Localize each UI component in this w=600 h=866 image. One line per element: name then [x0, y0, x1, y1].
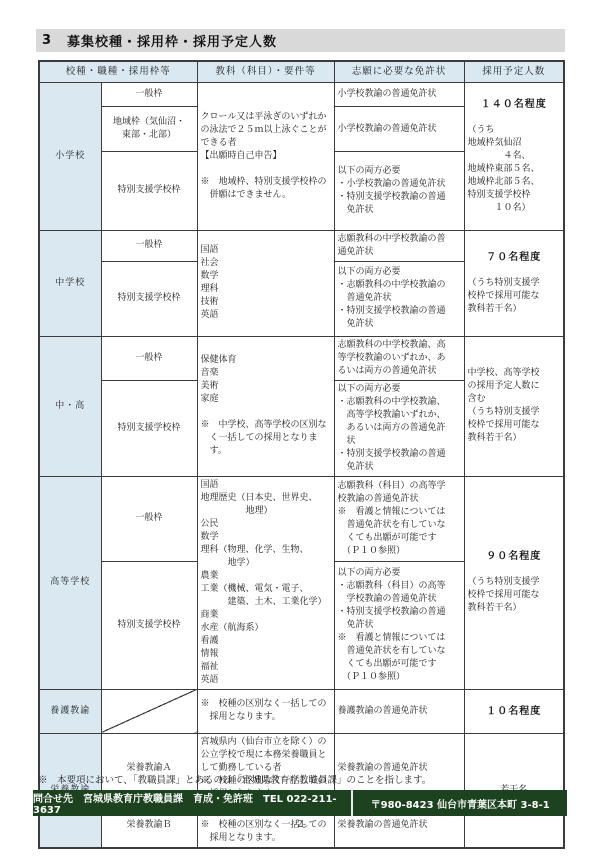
- elementary-waku-special: 特別支援学校枠: [101, 151, 197, 230]
- section-title: 3 募集校種・採用枠・採用予定人数: [36, 29, 565, 52]
- section-number: 3: [42, 33, 51, 48]
- header-school-type: 校種・職種・採用枠等: [39, 61, 197, 82]
- jrsr-waku-general: 一般枠: [101, 336, 197, 380]
- senior-waku-general: 一般枠: [101, 476, 197, 561]
- contact-footer: 問合せ先 宮城県教育庁教職員課 育成・免許班 TEL 022-211-3637 …: [33, 790, 567, 816]
- jrsr-license-special: 以下の両方必要 ・志願教科の中学校教諭、 高等学校教諭いずれか、 あるいは両方の…: [334, 380, 464, 476]
- elementary-license-special: 以下の両方必要 ・小学校教諭の普通免許状 ・特別支援学校教諭の普通 免許状: [334, 151, 464, 230]
- school-junior-high: 中学校: [39, 230, 101, 336]
- school-senior-high: 高等学校: [39, 476, 101, 689]
- row-jrsr-general: 中・高 一般枠 保健体育 音楽 美術 家庭 ※ 中学校、高等学校の区別な く一括…: [39, 336, 564, 380]
- header-license: 志願に必要な免許状: [334, 61, 464, 82]
- junior-subjects: 国語 社会 数学 理科 技術 英語: [197, 230, 334, 336]
- header-subjects: 教科（科目）・要件等: [197, 61, 334, 82]
- elementary-waku-regional: 地域枠（気仙沼・ 東部・北部）: [101, 107, 197, 151]
- jrsr-count: 中学校、高等学校 の採用予定人数に 含む （うち特別支援学 校枠で採用可能な 教…: [464, 336, 564, 476]
- junior-count: ７０名程度 （うち特別支援学 校枠で採用可能な 教科若干名）: [464, 230, 564, 336]
- nurse-waku-diagonal-cell: [101, 689, 197, 733]
- junior-waku-special: 特別支援学校枠: [101, 261, 197, 336]
- school-junior-senior: 中・高: [39, 336, 101, 476]
- senior-waku-special: 特別支援学校枠: [101, 561, 197, 689]
- elementary-license-general: 小学校教諭の普通免許状: [334, 82, 464, 107]
- jrsr-waku-special: 特別支援学校枠: [101, 380, 197, 476]
- senior-license-special: 以下の両方必要 ・志願教科（科目）の高等 学校教諭の普通免許状 ・特別支援学校教…: [334, 561, 464, 689]
- junior-license-special: 以下の両方必要 ・志願教科の中学校教諭の 普通免許状 ・特別支援学校教諭の普通 …: [334, 261, 464, 336]
- recruitment-table: 校種・職種・採用枠等 教科（科目）・要件等 志願に必要な免許状 採用予定人数 小…: [38, 60, 565, 849]
- page-number: -2-: [0, 820, 600, 830]
- senior-count-main: ９０名程度: [468, 550, 561, 563]
- school-elementary: 小学校: [39, 82, 101, 230]
- nurse-count-main: １０名程度: [468, 705, 561, 718]
- elementary-license-regional: 小学校教諭の普通免許状: [334, 107, 464, 151]
- junior-count-main: ７０名程度: [468, 251, 561, 264]
- footer-address: 〒980-8423 仙台市青葉区本町 3-8-1: [353, 790, 567, 816]
- footnote: ※ 本要項において、「教職員課」とあるのは「宮城県教育庁教職員課」のことを指しま…: [38, 772, 578, 786]
- elementary-subjects: クロール又は平泳ぎのいずれか の泳法で２５ｍ以上泳ぐことが できる者 【出願時自…: [197, 82, 334, 230]
- senior-license-general: 志願教科（科目）の高等学 校教諭の普通免許状 ※ 看護と情報については 普通免許…: [334, 476, 464, 561]
- senior-count-note: （うち特別支援学 校枠で採用可能な 教科若干名）: [468, 576, 561, 615]
- elementary-waku-general: 一般枠: [101, 82, 197, 107]
- junior-license-general: 志願教科の中学校教諭の普 通免許状: [334, 230, 464, 261]
- senior-subjects: 国語 地理歴史（日本史、世界史、 地理） 公民 数学 理科（物理、化学、生物、 …: [197, 476, 334, 689]
- junior-waku-general: 一般枠: [101, 230, 197, 261]
- nurse-license: 養護教諭の普通免許状: [334, 689, 464, 733]
- document-page: 3 募集校種・採用枠・採用予定人数 校種・職種・採用枠等 教科（科目）・要件等 …: [0, 0, 600, 866]
- jrsr-license-general: 志願教科の中学校教諭、高 等学校教諭のいずれか、あ るいは両方の普通免許状: [334, 336, 464, 380]
- footer-contact: 問合せ先 宮城県教育庁教職員課 育成・免許班 TEL 022-211-3637: [33, 790, 353, 816]
- header-planned: 採用予定人数: [464, 61, 564, 82]
- elementary-count-main: １４０名程度: [468, 98, 561, 111]
- jrsr-count-note: 中学校、高等学校 の採用予定人数に 含む （うち特別支援学 校枠で採用可能な 教…: [468, 367, 561, 445]
- table-header-row: 校種・職種・採用枠等 教科（科目）・要件等 志願に必要な免許状 採用予定人数: [39, 61, 564, 82]
- school-nurse: 養護教諭: [39, 689, 101, 733]
- row-elementary-general: 小学校 一般枠 クロール又は平泳ぎのいずれか の泳法で２５ｍ以上泳ぐことが でき…: [39, 82, 564, 107]
- senior-count: ９０名程度 （うち特別支援学 校枠で採用可能な 教科若干名）: [464, 476, 564, 689]
- nurse-count: １０名程度: [464, 689, 564, 733]
- junior-count-note: （うち特別支援学 校枠で採用可能な 教科若干名）: [468, 277, 561, 316]
- jrsr-subjects: 保健体育 音楽 美術 家庭 ※ 中学校、高等学校の区別な く一括しての採用となり…: [197, 336, 334, 476]
- elementary-count: １４０名程度 （うち 地域枠気仙沼 ４名、 地域枠東部５名、 地域枠北部５名、 …: [464, 82, 564, 230]
- row-junior-general: 中学校 一般枠 国語 社会 数学 理科 技術 英語 志願教科の中学校教諭の普 通…: [39, 230, 564, 261]
- section-title-text: 募集校種・採用枠・採用予定人数: [67, 31, 277, 50]
- row-school-nurse: 養護教諭 ※ 校種の区別なく一括しての 採用となります。 養護教諭の普通免許状 …: [39, 689, 564, 733]
- nurse-subjects: ※ 校種の区別なく一括しての 採用となります。: [197, 689, 334, 733]
- elementary-count-note: （うち 地域枠気仙沼 ４名、 地域枠東部５名、 地域枠北部５名、 特別支援学校枠…: [468, 124, 561, 215]
- row-senior-general: 高等学校 一般枠 国語 地理歴史（日本史、世界史、 地理） 公民 数学 理科（物…: [39, 476, 564, 561]
